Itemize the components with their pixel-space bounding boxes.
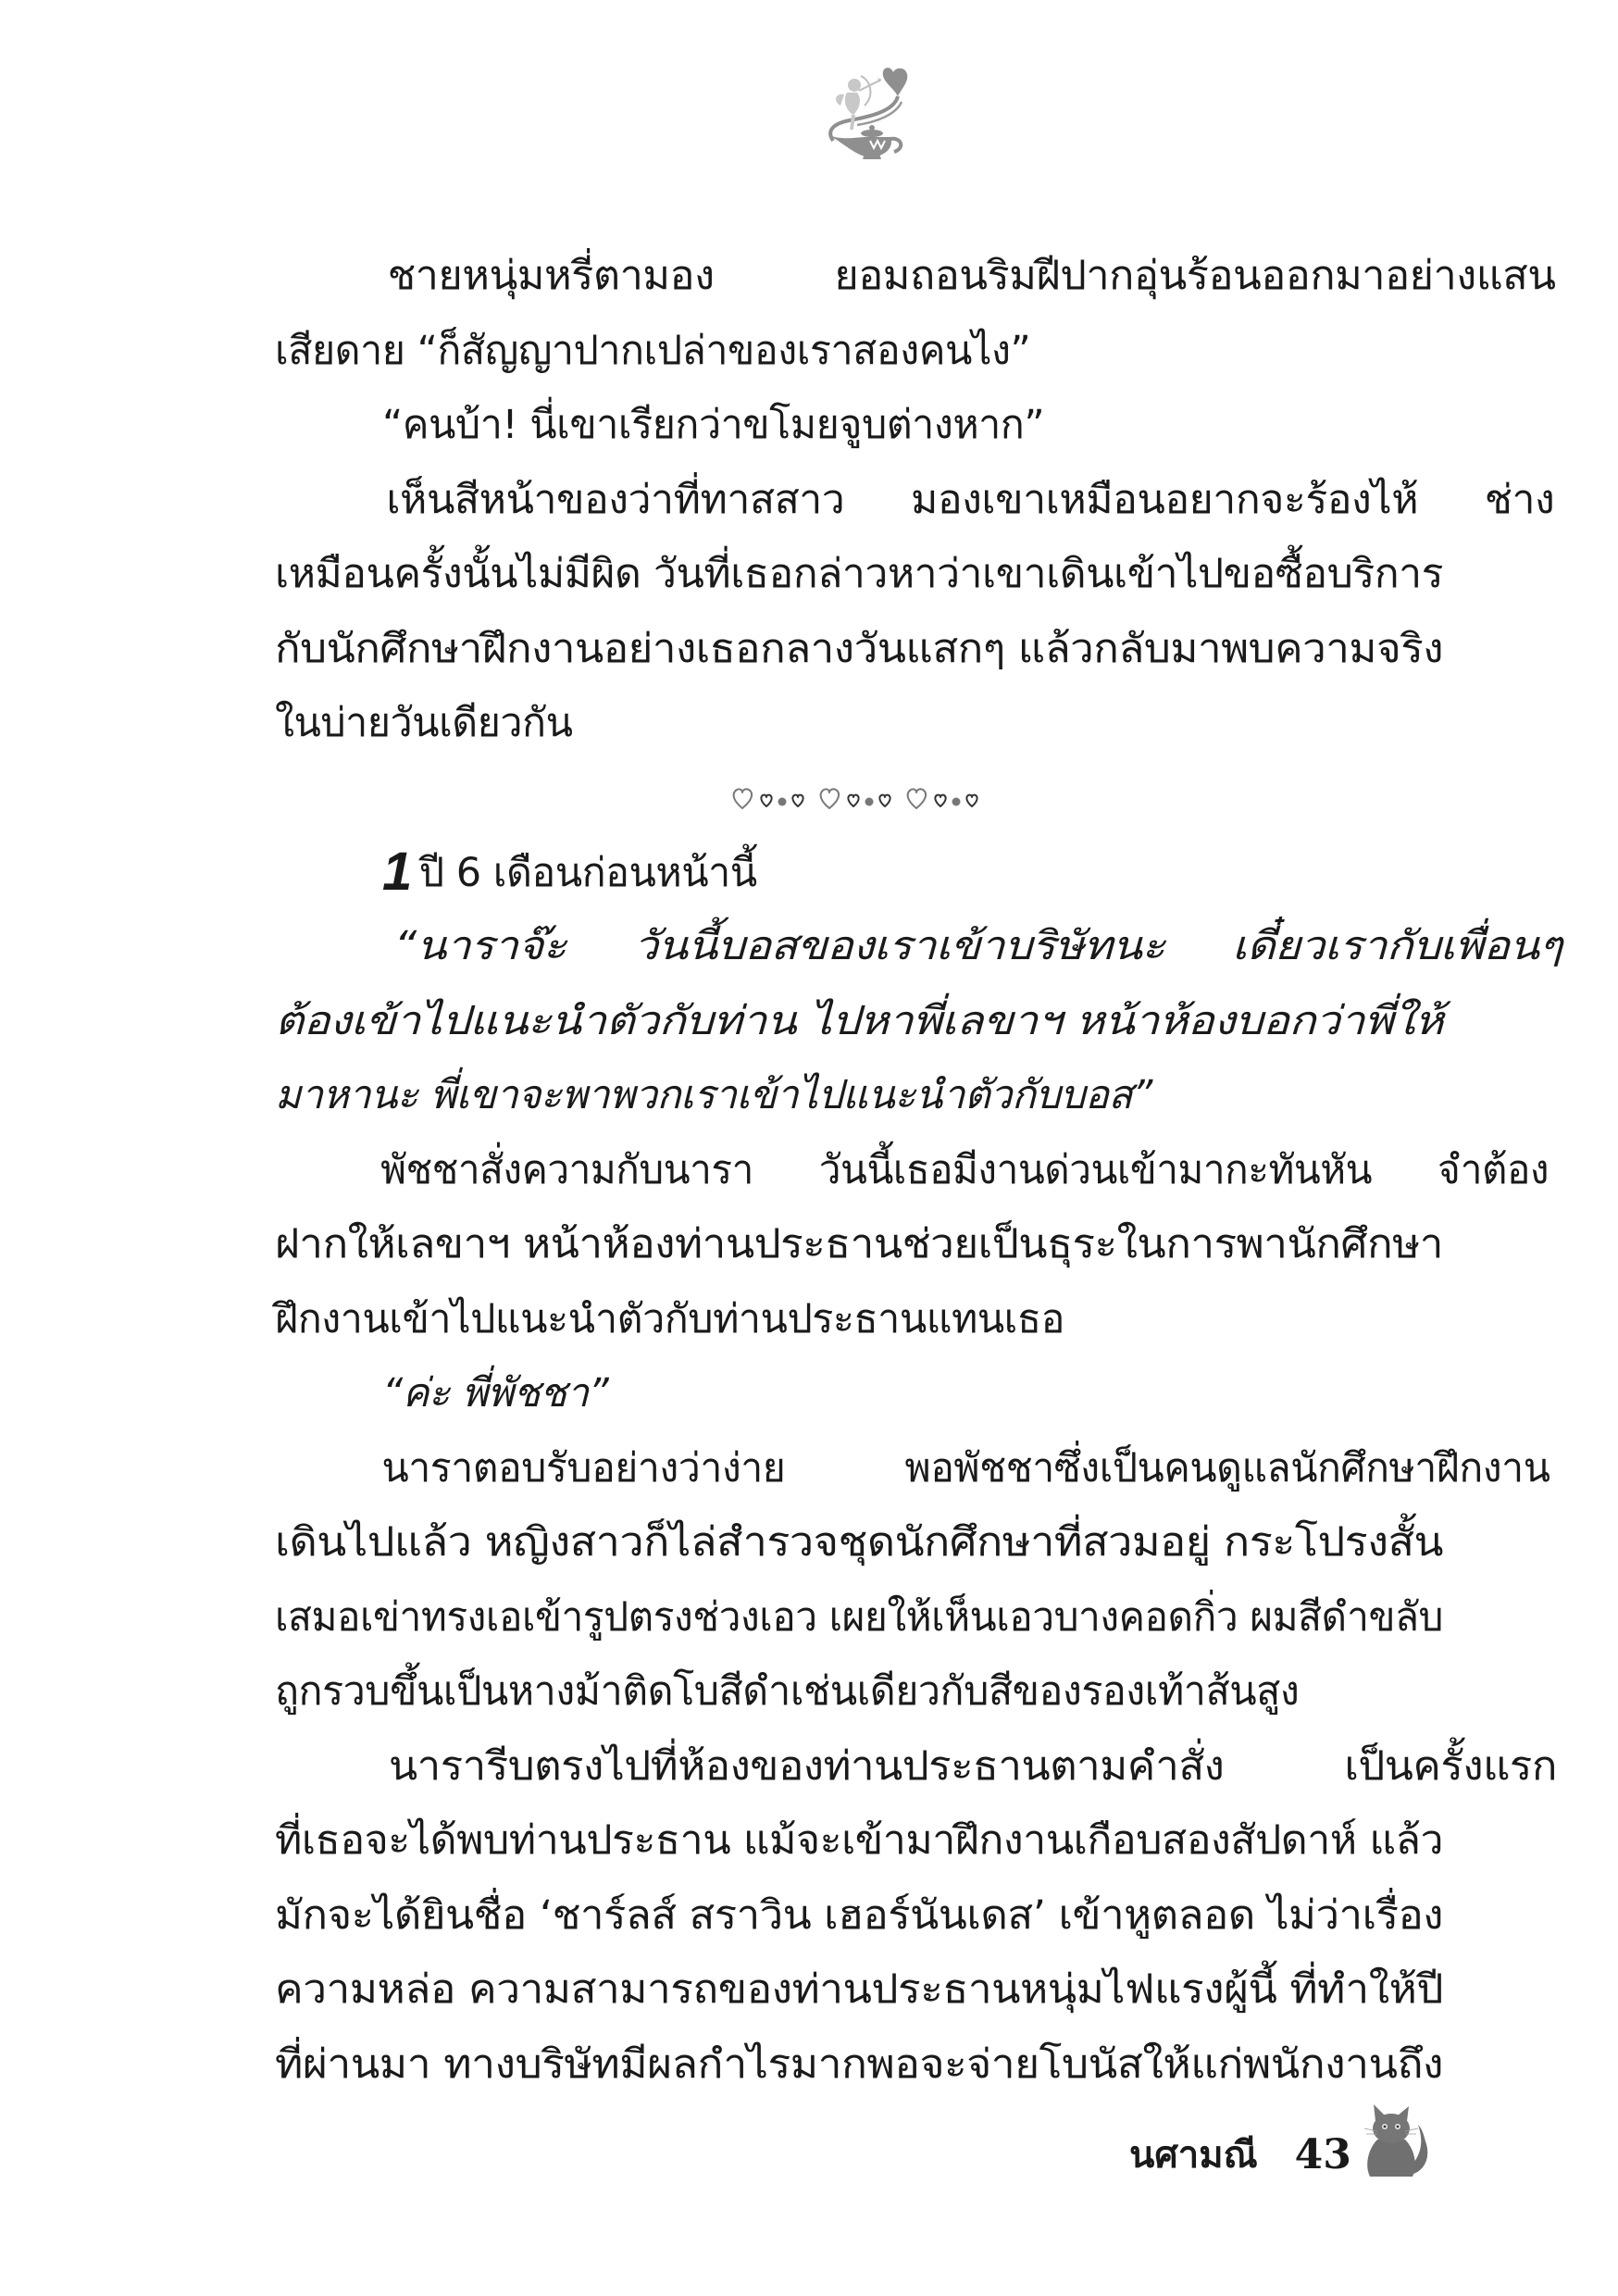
dialogue-line: มาหานะ พี่เขาจะพาพวกเราเข้าไปแนะนำตัวกับ…: [275, 1058, 1443, 1133]
paragraph-line: ถูกรวบขึ้นเป็นหางม้าติดโบสีดำเช่นเดียวกั…: [275, 1654, 1443, 1729]
dialogue-line: ต้องเข้าไปแนะนำตัวกับท่าน ไปหาพี่เลขาฯ ห…: [275, 984, 1443, 1059]
paragraph-line: กับนักศึกษาฝึกงานอย่างเธอกลางวันแสกๆ แล้…: [275, 612, 1443, 687]
paragraph-line: ฝากให้เลขาฯ หน้าห้องท่านประธานช่วยเป็นธุ…: [275, 1207, 1443, 1282]
section-divider: [275, 761, 1443, 835]
body-text: ชายหนุ่มหรี่ตามอง ยอมถอนริมฝีปากอุ่นร้อน…: [275, 239, 1443, 2102]
hearts-divider-icon: [729, 784, 989, 812]
dialogue-line: “นาราจ๊ะ วันนี้บอสของเราเข้าบริษัทนะ เดี…: [275, 909, 1562, 984]
paragraph-line: เสมอเข่าทรงเอเข้ารูปตรงช่วงเอว เผยให้เห็…: [275, 1580, 1443, 1655]
paragraph-line: เสียดาย “ก็สัญญาปากเปล่าของเราสองคนไง”: [275, 314, 1443, 389]
chapter-number: 1: [382, 842, 412, 902]
paragraph-line: ฝึกงานเข้าไปแนะนำตัวกับท่านประธานแทนเธอ: [275, 1282, 1443, 1357]
chapter-heading-text: ปี 6 เดือนก่อนหน้านี้: [419, 850, 757, 896]
paragraph-line: เห็นสีหน้าของว่าที่ทาสสาว มองเขาเหมือนอย…: [275, 463, 1554, 538]
paragraph-line: ชายหนุ่มหรี่ตามอง ยอมถอนริมฝีปากอุ่นร้อน…: [275, 239, 1556, 314]
paragraph-line: ที่ผ่านมา ทางบริษัทมีผลกำไรมากพอจะจ่ายโบ…: [275, 2028, 1443, 2103]
cupid-genie-lamp-icon: [805, 56, 916, 167]
page-number: 43: [1295, 2131, 1351, 2178]
paragraph-line: เหมือนครั้งนั้นไม่มีผิด วันที่เธอกล่าวหา…: [275, 537, 1443, 612]
dialogue-line: “คนบ้า! นี่เขาเรียกว่าขโมยจูบต่างหาก”: [275, 388, 1443, 463]
author-name: นศามณี: [1129, 2125, 1258, 2184]
paragraph-line: ที่เธอจะได้พบท่านประธาน แม้จะเข้ามาฝึกงา…: [275, 1803, 1443, 1878]
paragraph-line: นารารีบตรงไปที่ห้องของท่านประธานตามคำสั่…: [275, 1729, 1557, 1804]
page-footer: นศามณี 43: [1129, 2125, 1433, 2184]
cat-icon: [1361, 2101, 1433, 2180]
paragraph-line: นาราตอบรับอย่างว่าง่าย พอพัชชาซึ่งเป็นคน…: [275, 1431, 1550, 1506]
paragraph-line: ในบ่ายวันเดียวกัน: [275, 686, 1443, 761]
book-page: ชายหนุ่มหรี่ตามอง ยอมถอนริมฝีปากอุ่นร้อน…: [0, 0, 1618, 2296]
paragraph-line: มักจะได้ยินชื่อ ‘ชาร์ลส์ สราวิน เฮอร์นัน…: [275, 1878, 1443, 1953]
chapter-heading: 1ปี 6 เดือนก่อนหน้านี้: [275, 835, 1443, 910]
paragraph-line: เดินไปแล้ว หญิงสาวก็ไล่สำรวจชุดนักศึกษาท…: [275, 1505, 1443, 1580]
paragraph-line: พัชชาสั่งความกับนารา วันนี้เธอมีงานด่วนเ…: [275, 1133, 1549, 1208]
dialogue-line: “ค่ะ พี่พัชชา”: [275, 1356, 1443, 1431]
paragraph-line: ความหล่อ ความสามารถของท่านประธานหนุ่มไฟแ…: [275, 1953, 1443, 2028]
